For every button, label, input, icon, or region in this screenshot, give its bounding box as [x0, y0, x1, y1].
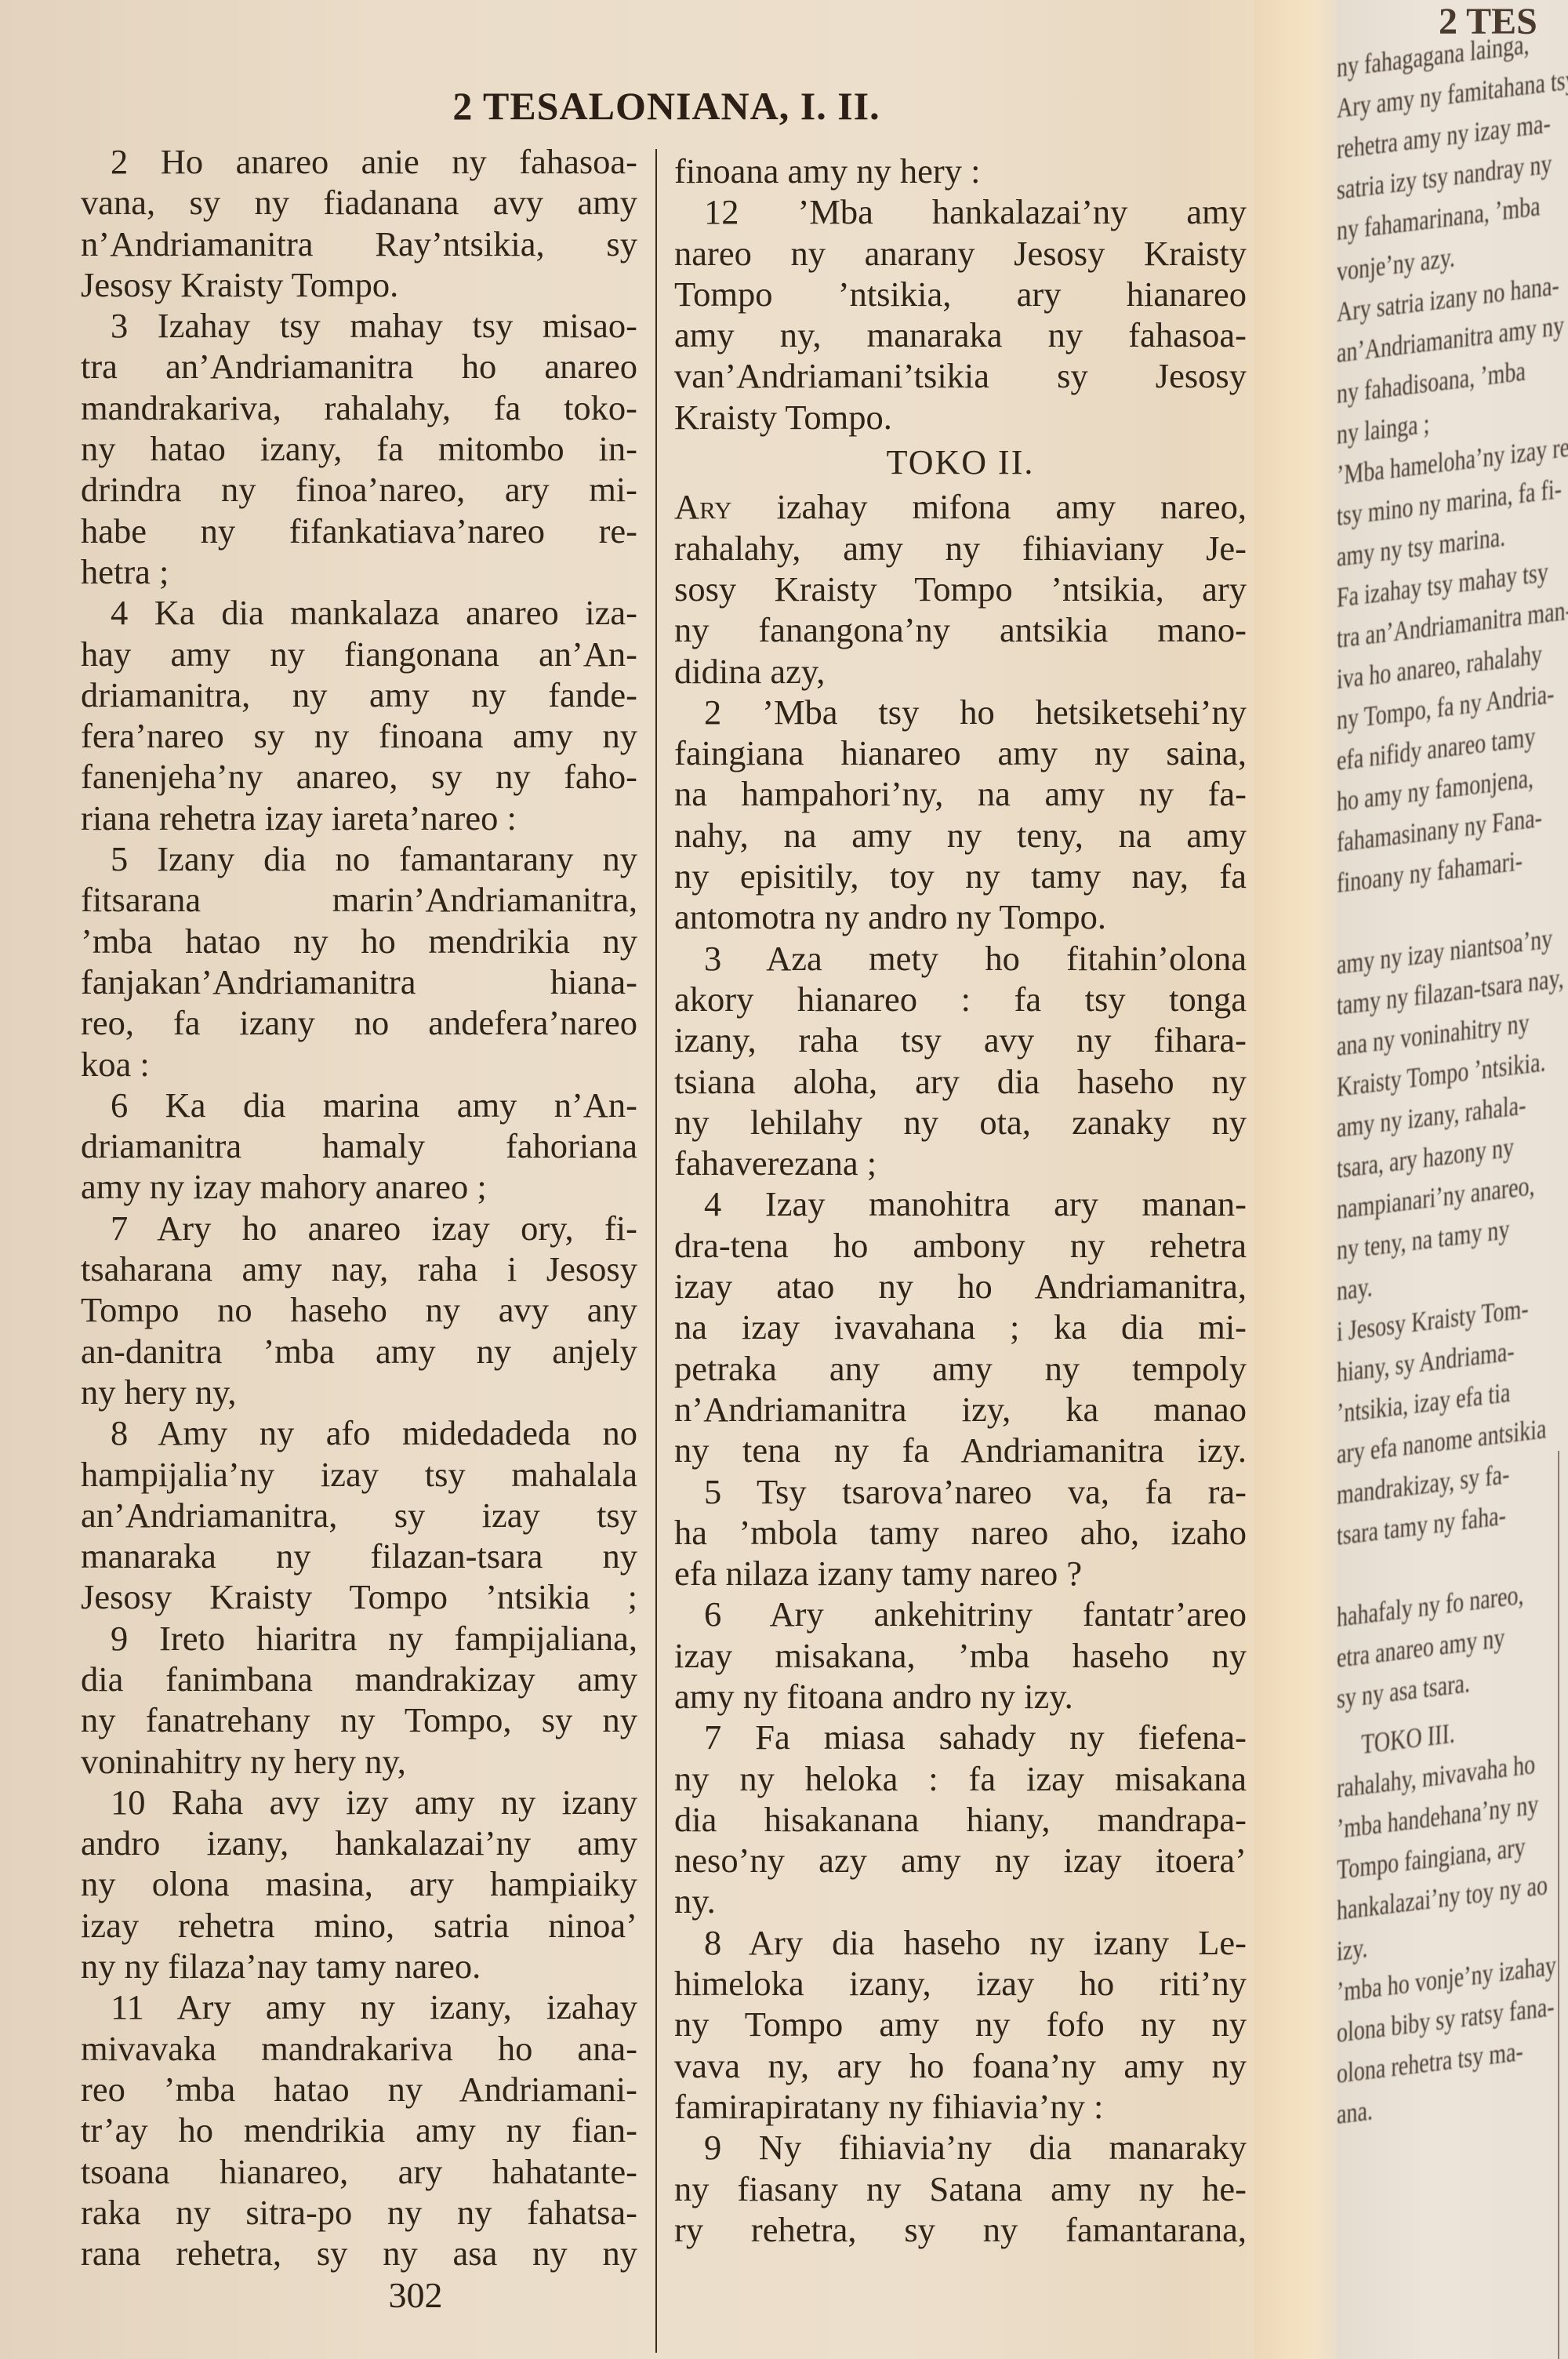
- text-line: 4 Ka dia mankalaza anareo iza-: [81, 592, 637, 633]
- verses-chapter-1-end: finoana amy ny hery :12 ’Mba hankalazai’…: [674, 151, 1247, 438]
- text-line: akory hianareo : fa tsy tonga: [674, 979, 1247, 1020]
- text-line: 9 Ireto hiaritra ny fampijaliana,: [81, 1618, 637, 1659]
- text-line: ny olona masina, ary hampiaiky: [81, 1863, 637, 1904]
- text-line: hay amy ny fiangonana an’An-: [81, 634, 637, 674]
- text-line: rahalahy, amy ny fihiaviany Je-: [674, 528, 1247, 569]
- text-line: riana rehetra izay iareta’nareo :: [81, 798, 637, 838]
- chapter-opening-line: Ary izahay mifona amy nareo,: [674, 486, 1247, 527]
- text-line: koa :: [81, 1044, 637, 1085]
- middle-column: finoana amy ny hery :12 ’Mba hankalazai’…: [674, 151, 1247, 2250]
- text-line: fitsarana marin’Andriamanitra,: [81, 879, 637, 920]
- text-line: 8 Ary dia haseho ny izany Le-: [674, 1922, 1247, 1963]
- text-line: drindra ny finoa’nareo, ary mi-: [81, 469, 637, 510]
- text-line: ny fanatrehany ny Tompo, sy ny: [81, 1699, 637, 1740]
- facing-page: 2 TES ny fahagagana lainga,Ary amy ny fa…: [1337, 0, 1568, 2359]
- text-line: 5 Izany dia no famantarany ny: [81, 838, 637, 879]
- text-line: ny lehilahy ny ota, zanaky ny: [674, 1102, 1247, 1143]
- text-line: fanenjeha’ny anareo, sy ny faho-: [81, 756, 637, 797]
- text-line: an-danitra ’mba amy ny anjely: [81, 1331, 637, 1372]
- text-line: 4 Izay manohitra ary manan-: [674, 1183, 1247, 1224]
- text-line: izay misakana, ’mba haseho ny: [674, 1635, 1247, 1676]
- text-line: 6 Ary ankehitriny fantatr’areo: [674, 1594, 1247, 1634]
- text-line: ’mba hatao ny ho mendrikia ny: [81, 921, 637, 961]
- text-line: ny Tompo amy ny fofo ny ny: [674, 2004, 1247, 2045]
- text-line: 3 Izahay tsy mahay tsy misao-: [81, 305, 637, 346]
- text-line: ny hery ny,: [81, 1372, 637, 1412]
- text-line: vana, sy ny fiadanana avy amy: [81, 182, 637, 223]
- text-line: dia fanimbana mandrakizay amy: [81, 1659, 637, 1699]
- text-line: izany, raha tsy avy ny fihara-: [674, 1020, 1247, 1060]
- text-line: hampijalia’ny izay tsy mahalala: [81, 1454, 637, 1495]
- text-line: mivavaka mandrakariva ho ana-: [81, 2028, 637, 2069]
- text-line: ny hatao izany, fa mitombo in-: [81, 428, 637, 469]
- text-line: dia hisakanana hiany, mandrapa-: [674, 1799, 1247, 1840]
- text-line: himeloka izany, izay ho riti’ny: [674, 1963, 1247, 2004]
- text-line: driamanitra hamaly fahoriana: [81, 1125, 637, 1166]
- text-line: 11 Ary amy ny izany, izahay: [81, 1986, 637, 2027]
- text-line: nahy, na amy ny teny, na amy: [674, 815, 1247, 856]
- text-line: driamanitra, ny amy ny fande-: [81, 674, 637, 715]
- text-line: 12 ’Mba hankalazai’ny amy: [674, 191, 1247, 232]
- text-line: an’Andriamanitra, sy izay tsy: [81, 1495, 637, 1536]
- text-line: 6 Ka dia marina amy n’An-: [81, 1085, 637, 1125]
- text-line: sosy Kraisty Tompo ’ntsikia, ary: [674, 569, 1247, 609]
- text-line: tsiana aloha, ary dia haseho ny: [674, 1061, 1247, 1102]
- text-line: tra an’Andriamanitra ho anareo: [81, 346, 637, 387]
- text-line: izay atao ny ho Andriamanitra,: [674, 1266, 1247, 1307]
- text-line: Jesosy Kraisty Tompo ’ntsikia ;: [81, 1576, 637, 1617]
- text-line: fahaverezana ;: [674, 1143, 1247, 1183]
- text-line: rana rehetra, sy ny asa ny ny: [81, 2233, 637, 2274]
- text-line: ny episitily, toy ny tamy nay, fa: [674, 856, 1247, 896]
- facing-page-text: ny fahagagana lainga,Ary amy ny famitaha…: [1337, 25, 1514, 2135]
- text-line: amy ny, manaraka ny fahasoa-: [674, 314, 1247, 355]
- text-line: Tompo ’ntsikia, ary hianareo: [674, 274, 1247, 314]
- text-line: 2 ’Mba tsy ho hetsiketsehi’ny: [674, 692, 1247, 732]
- dropcap-word: Ary: [674, 487, 732, 526]
- text-line: andro izany, hankalazai’ny amy: [81, 1823, 637, 1863]
- text-line: 7 Fa miasa sahady ny fiefena-: [674, 1717, 1247, 1757]
- text-line: reo ’mba hatao ny Andriamani-: [81, 2069, 637, 2110]
- text-line: izay rehetra mino, satria ninoa’: [81, 1905, 637, 1946]
- facing-column-divider: [1558, 1451, 1559, 2359]
- text-line: neso’ny azy amy ny izay itoera’: [674, 1840, 1247, 1881]
- text-line: reo, fa izany no andefera’nareo: [81, 1002, 637, 1043]
- text-line: ry rehetra, sy ny famantarana,: [674, 2209, 1247, 2250]
- text-line: raka ny sitra-po ny ny fahatsa-: [81, 2192, 637, 2233]
- text-line: petraka any amy ny tempoly: [674, 1348, 1247, 1389]
- text-line: Jesosy Kraisty Tompo.: [81, 264, 637, 305]
- text-line: n’Andriamanitra izy, ka manao: [674, 1389, 1247, 1430]
- text-line: ny tena ny fa Andriamanitra izy.: [674, 1430, 1247, 1470]
- text-line: 5 Tsy tsarova’nareo va, fa ra-: [674, 1471, 1247, 1512]
- opening-line-rest: izahay mifona amy nareo,: [732, 487, 1247, 526]
- verses-chapter-2: rahalahy, amy ny fihiaviany Je-sosy Krai…: [674, 528, 1247, 2250]
- text-line: n’Andriamanitra Ray’ntsikia, sy: [81, 224, 637, 264]
- text-line: ny fanangona’ny antsikia mano-: [674, 609, 1247, 650]
- running-head: 2 TESALONIANA, I. II.: [408, 83, 925, 129]
- text-line: vava ny, ary ho foana’ny amy ny: [674, 2045, 1247, 2086]
- text-line: ny.: [674, 1881, 1247, 1921]
- column-divider: [655, 149, 657, 2353]
- text-line: 7 Ary ho anareo izay ory, fi-: [81, 1208, 637, 1249]
- text-line: 3 Aza mety ho fitahin’olona: [674, 938, 1247, 979]
- text-line: faingiana hianareo amy ny saina,: [674, 732, 1247, 773]
- text-line: nareo ny anarany Jesosy Kraisty: [674, 233, 1247, 274]
- text-line: fanjakan’Andriamanitra hiana-: [81, 961, 637, 1002]
- text-line: na izay ivavahana ; ka dia mi-: [674, 1307, 1247, 1347]
- text-line: famirapiratany ny fihiavia’ny :: [674, 2086, 1247, 2127]
- text-line: hetra ;: [81, 551, 637, 592]
- text-line: habe ny fifankatiava’nareo re-: [81, 511, 637, 551]
- text-line: na hampahori’ny, na amy ny fa-: [674, 773, 1247, 814]
- text-line: 9 Ny fihiavia’ny dia manaraky: [674, 2127, 1247, 2168]
- text-line: finoana amy ny hery :: [674, 151, 1247, 191]
- text-line: dra-tena ho ambony ny rehetra: [674, 1225, 1247, 1266]
- text-line: mandrakariva, rahalahy, fa toko-: [81, 387, 637, 428]
- text-line: didina azy,: [674, 651, 1247, 692]
- text-line: fera’nareo sy ny finoana amy ny: [81, 715, 637, 756]
- text-line: voninahitry ny hery ny,: [81, 1741, 637, 1782]
- text-line: tsaharana amy nay, raha i Jesosy: [81, 1249, 637, 1289]
- page-number: 302: [314, 2274, 517, 2316]
- text-line: 10 Raha avy izy amy ny izany: [81, 1782, 637, 1823]
- text-line: ny ny heloka : fa izay misakana: [674, 1758, 1247, 1799]
- text-line: ny ny filaza’nay tamy nareo.: [81, 1946, 637, 1986]
- text-line: antomotra ny andro ny Tompo.: [674, 896, 1247, 937]
- text-line: ha ’mbola tamy nareo aho, izaho: [674, 1512, 1247, 1553]
- book-gutter: [1254, 0, 1341, 2359]
- text-line: ny fiasany ny Satana amy ny he-: [674, 2168, 1247, 2209]
- text-line: 8 Amy ny afo midedadeda no: [81, 1412, 637, 1453]
- text-line: tr’ay ho mendrikia amy ny fian-: [81, 2110, 637, 2150]
- text-line: tsoana hianareo, ary hahatante-: [81, 2151, 637, 2192]
- text-line: Kraisty Tompo.: [674, 397, 1247, 438]
- text-line: Tompo no haseho ny avy any: [81, 1289, 637, 1330]
- text-line: 2 Ho anareo anie ny fahasoa-: [81, 141, 637, 182]
- chapter-heading: TOKO II.: [674, 442, 1247, 483]
- text-line: manaraka ny filazan-tsara ny: [81, 1536, 637, 1576]
- left-column: 2 Ho anareo anie ny fahasoa-vana, sy ny …: [81, 141, 637, 2274]
- text-line: van’Andriamani’tsikia sy Jesosy: [674, 355, 1247, 396]
- text-line: amy ny fitoana andro ny izy.: [674, 1676, 1247, 1717]
- text-line: efa nilaza izany tamy nareo ?: [674, 1553, 1247, 1594]
- text-line: amy ny izay mahory anareo ;: [81, 1166, 637, 1207]
